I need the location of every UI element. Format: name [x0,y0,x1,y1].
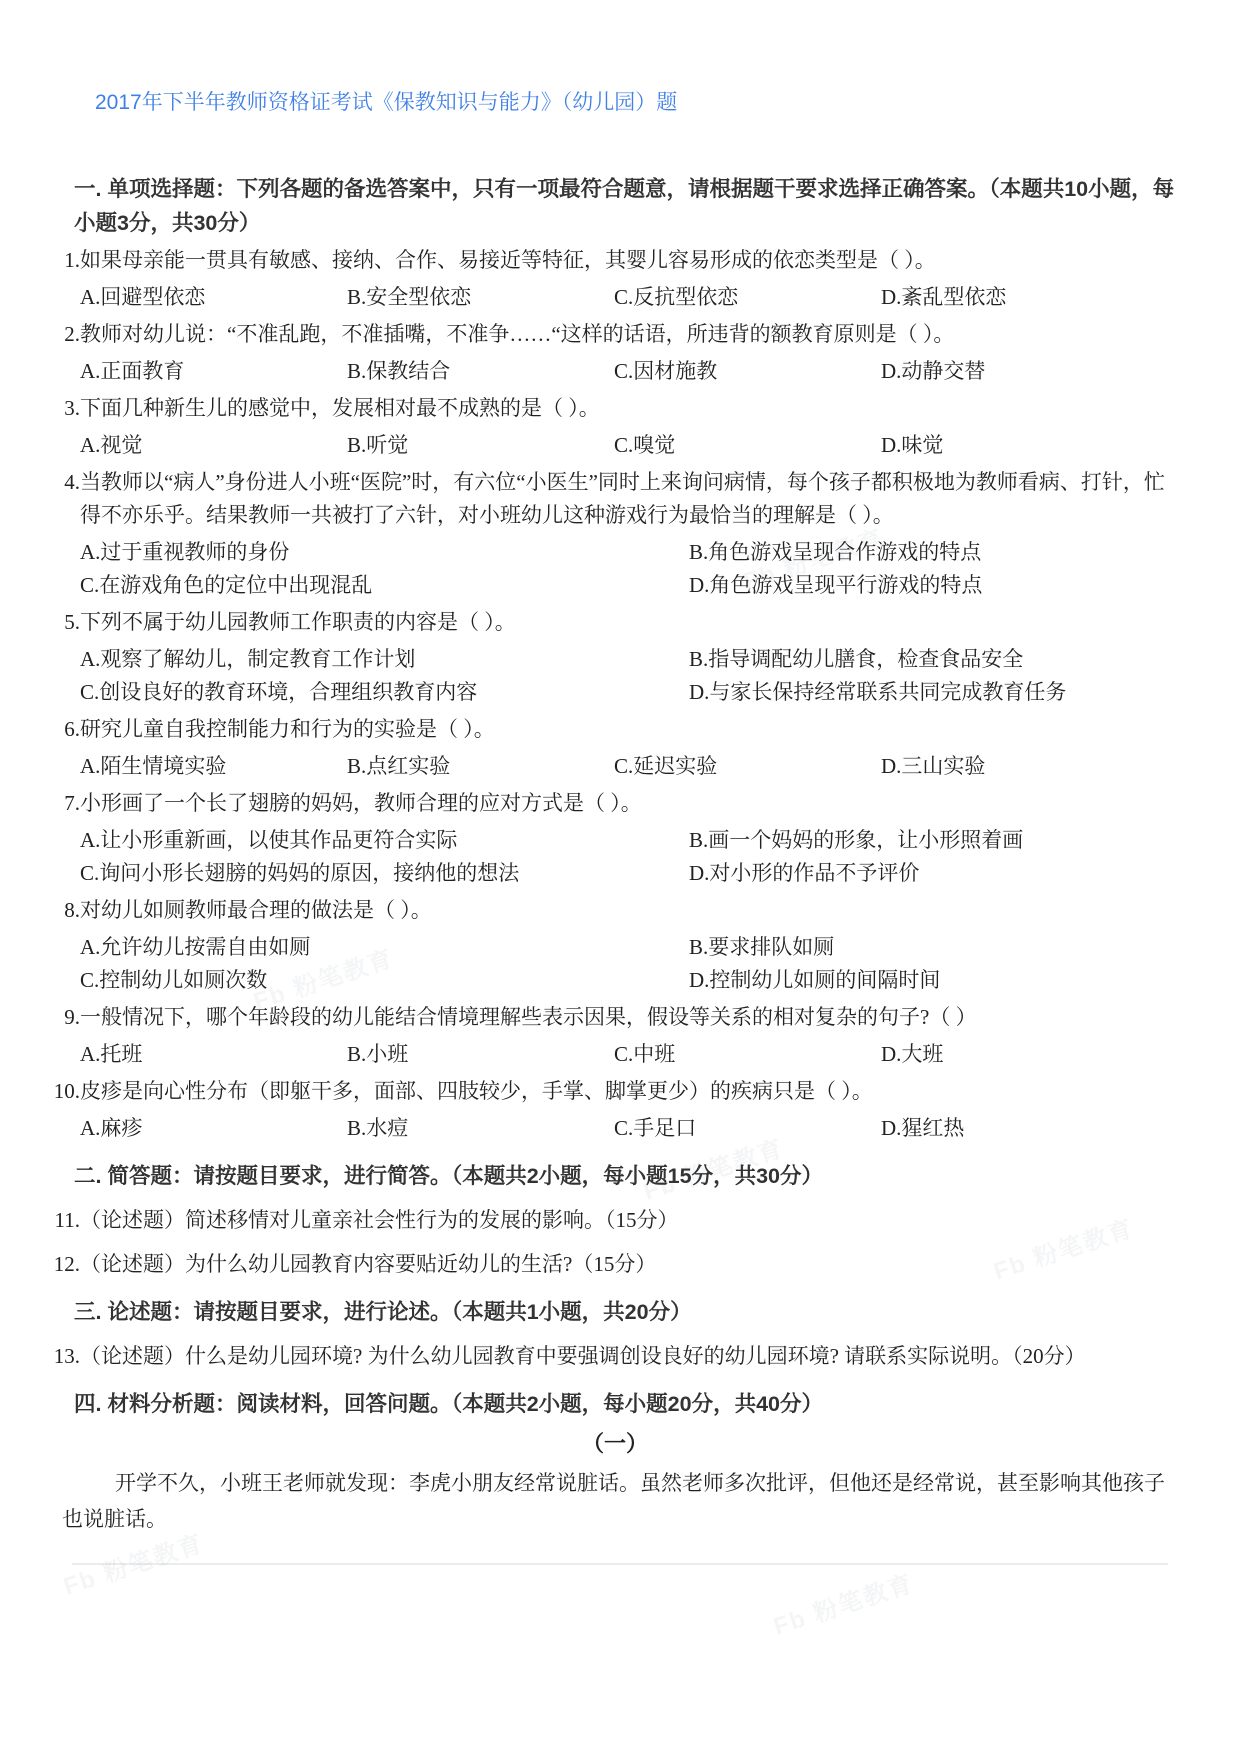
option-a: A.观察了解幼儿，制定教育工作计划 [80,643,689,676]
question-stem: 1.如果母亲能一贯具有敏感、接纳、合作、易接近等特征，其婴儿容易形成的依恋类型是… [46,244,1184,277]
question: 3.下面几种新生儿的感觉中，发展相对最不成熟的是（ ）。 A.视觉 B.听觉 C… [46,392,1184,462]
page-divider [72,1563,1168,1565]
option-a: A.麻疹 [80,1112,347,1145]
option-c: C.中班 [614,1038,881,1071]
question-options: A.托班 B.小班 C.中班 D.大班 [80,1038,1184,1071]
question-number: 11. [46,1203,80,1237]
option-b: B.角色游戏呈现合作游戏的特点 [689,536,1184,569]
question-stem-text: （论述题）简述移情对儿童亲社会性行为的发展的影响。（15分） [80,1208,679,1232]
question-number: 10. [46,1075,80,1108]
section-heading-3: 三. 论述题：请按题目要求，进行论述。（本题共1小题，共20分） [74,1295,1184,1329]
option-a: A.过于重视教师的身份 [80,536,689,569]
question-stem-text: 小形画了一个长了翅膀的妈妈，教师合理的应对方式是（ ）。 [80,791,642,815]
mcq-list: 1.如果母亲能一贯具有敏感、接纳、合作、易接近等特征，其婴儿容易形成的依恋类型是… [46,244,1184,1145]
option-a: A.正面教育 [80,355,347,388]
option-d: D.紊乱型依恋 [881,281,1184,314]
question: 13.（论述题）什么是幼儿园环境? 为什么幼儿园教育中要强调创设良好的幼儿园环境… [46,1339,1184,1373]
question-options: A.观察了解幼儿，制定教育工作计划 B.指导调配幼儿膳食，检查食品安全 C.创设… [80,643,1184,709]
question-stem: 8.对幼儿如厕教师最合理的做法是（ ）。 [46,894,1184,927]
question-options: A.麻疹 B.水痘 C.手足口 D.猩红热 [80,1112,1184,1145]
question: 4.当教师以“病人”身份进人小班“医院”时，有六位“小医生”同时上来询问病情，每… [46,466,1184,602]
option-d: D.角色游戏呈现平行游戏的特点 [689,569,1184,602]
question: 1.如果母亲能一贯具有敏感、接纳、合作、易接近等特征，其婴儿容易形成的依恋类型是… [46,244,1184,314]
option-d: D.与家长保持经常联系共同完成教育任务 [689,676,1184,709]
option-c: C.反抗型依恋 [614,281,881,314]
question-stem: 2.教师对幼儿说：“不准乱跑，不准插嘴，不准争……“这样的话语，所违背的额教育原… [46,318,1184,351]
exam-page: Fb 粉笔教育 Fb 粉笔教育 Fb 粉笔教育 Fb 粉笔教育 Fb 粉笔教育 … [0,0,1240,1754]
discussion-list: 13.（论述题）什么是幼儿园环境? 为什么幼儿园教育中要强调创设良好的幼儿园环境… [46,1339,1184,1373]
question-options: A.让小形重新画，以使其作品更符合实际 B.画一个妈妈的形象，让小形照着画 C.… [80,824,1184,890]
option-d: D.猩红热 [881,1112,1184,1145]
option-d: D.味觉 [881,429,1184,462]
question: 12.（论述题）为什么幼儿园教育内容要贴近幼儿的生活?（15分） [46,1247,1184,1281]
question-options: A.正面教育 B.保教结合 C.因材施教 D.动静交替 [80,355,1184,388]
question: 7.小形画了一个长了翅膀的妈妈，教师合理的应对方式是（ ）。 A.让小形重新画，… [46,787,1184,890]
question-number: 13. [46,1339,80,1373]
option-c: C.控制幼儿如厕次数 [80,964,689,997]
question-stem-text: （论述题）什么是幼儿园环境? 为什么幼儿园教育中要强调创设良好的幼儿园环境? 请… [80,1344,1086,1368]
question-number: 7. [46,787,80,820]
question-stem-text: 下列不属于幼儿园教师工作职责的内容是（ ）。 [80,610,516,634]
option-b: B.点红实验 [347,750,614,783]
option-a: A.视觉 [80,429,347,462]
question: 11.（论述题）简述移情对儿童亲社会性行为的发展的影响。（15分） [46,1203,1184,1237]
section-heading-1: 一. 单项选择题：下列各题的备选答案中，只有一项最符合题意，请根据题干要求选择正… [74,172,1184,240]
question-number: 2. [46,318,80,351]
option-a: A.回避型依恋 [80,281,347,314]
option-b: B.小班 [347,1038,614,1071]
question-number: 3. [46,392,80,425]
question-number: 1. [46,244,80,277]
option-c: C.在游戏角色的定位中出现混乱 [80,569,689,602]
option-d: D.控制幼儿如厕的间隔时间 [689,964,1184,997]
short-answer-list: 11.（论述题）简述移情对儿童亲社会性行为的发展的影响。（15分） 12.（论述… [46,1203,1184,1281]
option-d: D.三山实验 [881,750,1184,783]
question-stem-text: 对幼儿如厕教师最合理的做法是（ ）。 [80,898,432,922]
option-a: A.托班 [80,1038,347,1071]
option-d: D.动静交替 [881,355,1184,388]
option-b: B.画一个妈妈的形象，让小形照着画 [689,824,1184,857]
question: 6.研究儿童自我控制能力和行为的实验是（ ）。 A.陌生情境实验 B.点红实验 … [46,713,1184,783]
question-stem: 13.（论述题）什么是幼儿园环境? 为什么幼儿园教育中要强调创设良好的幼儿园环境… [46,1339,1184,1373]
option-b: B.保教结合 [347,355,614,388]
question-stem-text: 皮疹是向心性分布（即躯干多，面部、四肢较少，手掌、脚掌更少）的疾病只是（ ）。 [80,1079,873,1103]
question-stem-text: 研究儿童自我控制能力和行为的实验是（ ）。 [80,717,495,741]
question-number: 6. [46,713,80,746]
question-stem: 4.当教师以“病人”身份进人小班“医院”时，有六位“小医生”同时上来询问病情，每… [46,466,1184,532]
material-label: （一） [46,1427,1184,1461]
question: 5.下列不属于幼儿园教师工作职责的内容是（ ）。 A.观察了解幼儿，制定教育工作… [46,606,1184,709]
question-options: A.陌生情境实验 B.点红实验 C.延迟实验 D.三山实验 [80,750,1184,783]
question-stem-text: 下面几种新生儿的感觉中，发展相对最不成熟的是（ ）。 [80,396,600,420]
question-stem: 9.一般情况下，哪个年龄段的幼儿能结合情境理解些表示因果，假设等关系的相对复杂的… [46,1001,1184,1034]
option-c: C.嗅觉 [614,429,881,462]
question-options: A.允许幼儿按需自由如厕 B.要求排队如厕 C.控制幼儿如厕次数 D.控制幼儿如… [80,931,1184,997]
question: 10.皮疹是向心性分布（即躯干多，面部、四肢较少，手掌、脚掌更少）的疾病只是（ … [46,1075,1184,1145]
watermark: Fb 粉笔教育 [768,1563,918,1641]
question: 9.一般情况下，哪个年龄段的幼儿能结合情境理解些表示因果，假设等关系的相对复杂的… [46,1001,1184,1071]
question-stem: 12.（论述题）为什么幼儿园教育内容要贴近幼儿的生活?（15分） [46,1247,1184,1281]
question-stem: 10.皮疹是向心性分布（即躯干多，面部、四肢较少，手掌、脚掌更少）的疾病只是（ … [46,1075,1184,1108]
question-number: 9. [46,1001,80,1034]
question-number: 5. [46,606,80,639]
material-paragraph: 开学不久，小班王老师就发现：李虎小朋友经常说脏话。虽然老师多次批评，但他还是经常… [62,1465,1184,1537]
question-stem-text: 教师对幼儿说：“不准乱跑，不准插嘴，不准争……“这样的话语，所违背的额教育原则是… [80,322,954,346]
option-b: B.听觉 [347,429,614,462]
question-number: 12. [46,1247,80,1281]
question-options: A.回避型依恋 B.安全型依恋 C.反抗型依恋 D.紊乱型依恋 [80,281,1184,314]
option-a: A.让小形重新画，以使其作品更符合实际 [80,824,689,857]
question-number: 8. [46,894,80,927]
question-options: A.过于重视教师的身份 B.角色游戏呈现合作游戏的特点 C.在游戏角色的定位中出… [80,536,1184,602]
question-stem: 7.小形画了一个长了翅膀的妈妈，教师合理的应对方式是（ ）。 [46,787,1184,820]
question: 2.教师对幼儿说：“不准乱跑，不准插嘴，不准争……“这样的话语，所违背的额教育原… [46,318,1184,388]
question-stem-text: 一般情况下，哪个年龄段的幼儿能结合情境理解些表示因果，假设等关系的相对复杂的句子… [80,1005,977,1029]
option-b: B.要求排队如厕 [689,931,1184,964]
question-stem-text: （论述题）为什么幼儿园教育内容要贴近幼儿的生活?（15分） [80,1252,656,1276]
question-number: 4. [46,466,80,499]
option-d: D.对小形的作品不予评价 [689,857,1184,890]
option-c: C.延迟实验 [614,750,881,783]
option-c: C.因材施教 [614,355,881,388]
question-stem: 5.下列不属于幼儿园教师工作职责的内容是（ ）。 [46,606,1184,639]
option-d: D.大班 [881,1038,1184,1071]
section-heading-4: 四. 材料分析题：阅读材料，回答问题。（本题共2小题，每小题20分，共40分） [74,1387,1184,1421]
option-b: B.水痘 [347,1112,614,1145]
question-stem-text: 当教师以“病人”身份进人小班“医院”时，有六位“小医生”同时上来询问病情，每个孩… [80,470,1165,527]
option-c: C.询问小形长翅膀的妈妈的原因，接纳他的想法 [80,857,689,890]
option-c: C.创设良好的教育环境，合理组织教育内容 [80,676,689,709]
page-title: 2017年下半年教师资格证考试《保教知识与能力》（幼儿园）题 [95,88,1184,118]
question: 8.对幼儿如厕教师最合理的做法是（ ）。 A.允许幼儿按需自由如厕 B.要求排队… [46,894,1184,997]
option-b: B.安全型依恋 [347,281,614,314]
option-a: A.陌生情境实验 [80,750,347,783]
question-stem: 3.下面几种新生儿的感觉中，发展相对最不成熟的是（ ）。 [46,392,1184,425]
option-c: C.手足口 [614,1112,881,1145]
question-stem-text: 如果母亲能一贯具有敏感、接纳、合作、易接近等特征，其婴儿容易形成的依恋类型是（ … [80,248,936,272]
question-stem: 6.研究儿童自我控制能力和行为的实验是（ ）。 [46,713,1184,746]
option-a: A.允许幼儿按需自由如厕 [80,931,689,964]
question-options: A.视觉 B.听觉 C.嗅觉 D.味觉 [80,429,1184,462]
section-heading-2: 二. 简答题：请按题目要求，进行简答。（本题共2小题，每小题15分，共30分） [74,1159,1184,1193]
question-stem: 11.（论述题）简述移情对儿童亲社会性行为的发展的影响。（15分） [46,1203,1184,1237]
option-b: B.指导调配幼儿膳食，检查食品安全 [689,643,1184,676]
